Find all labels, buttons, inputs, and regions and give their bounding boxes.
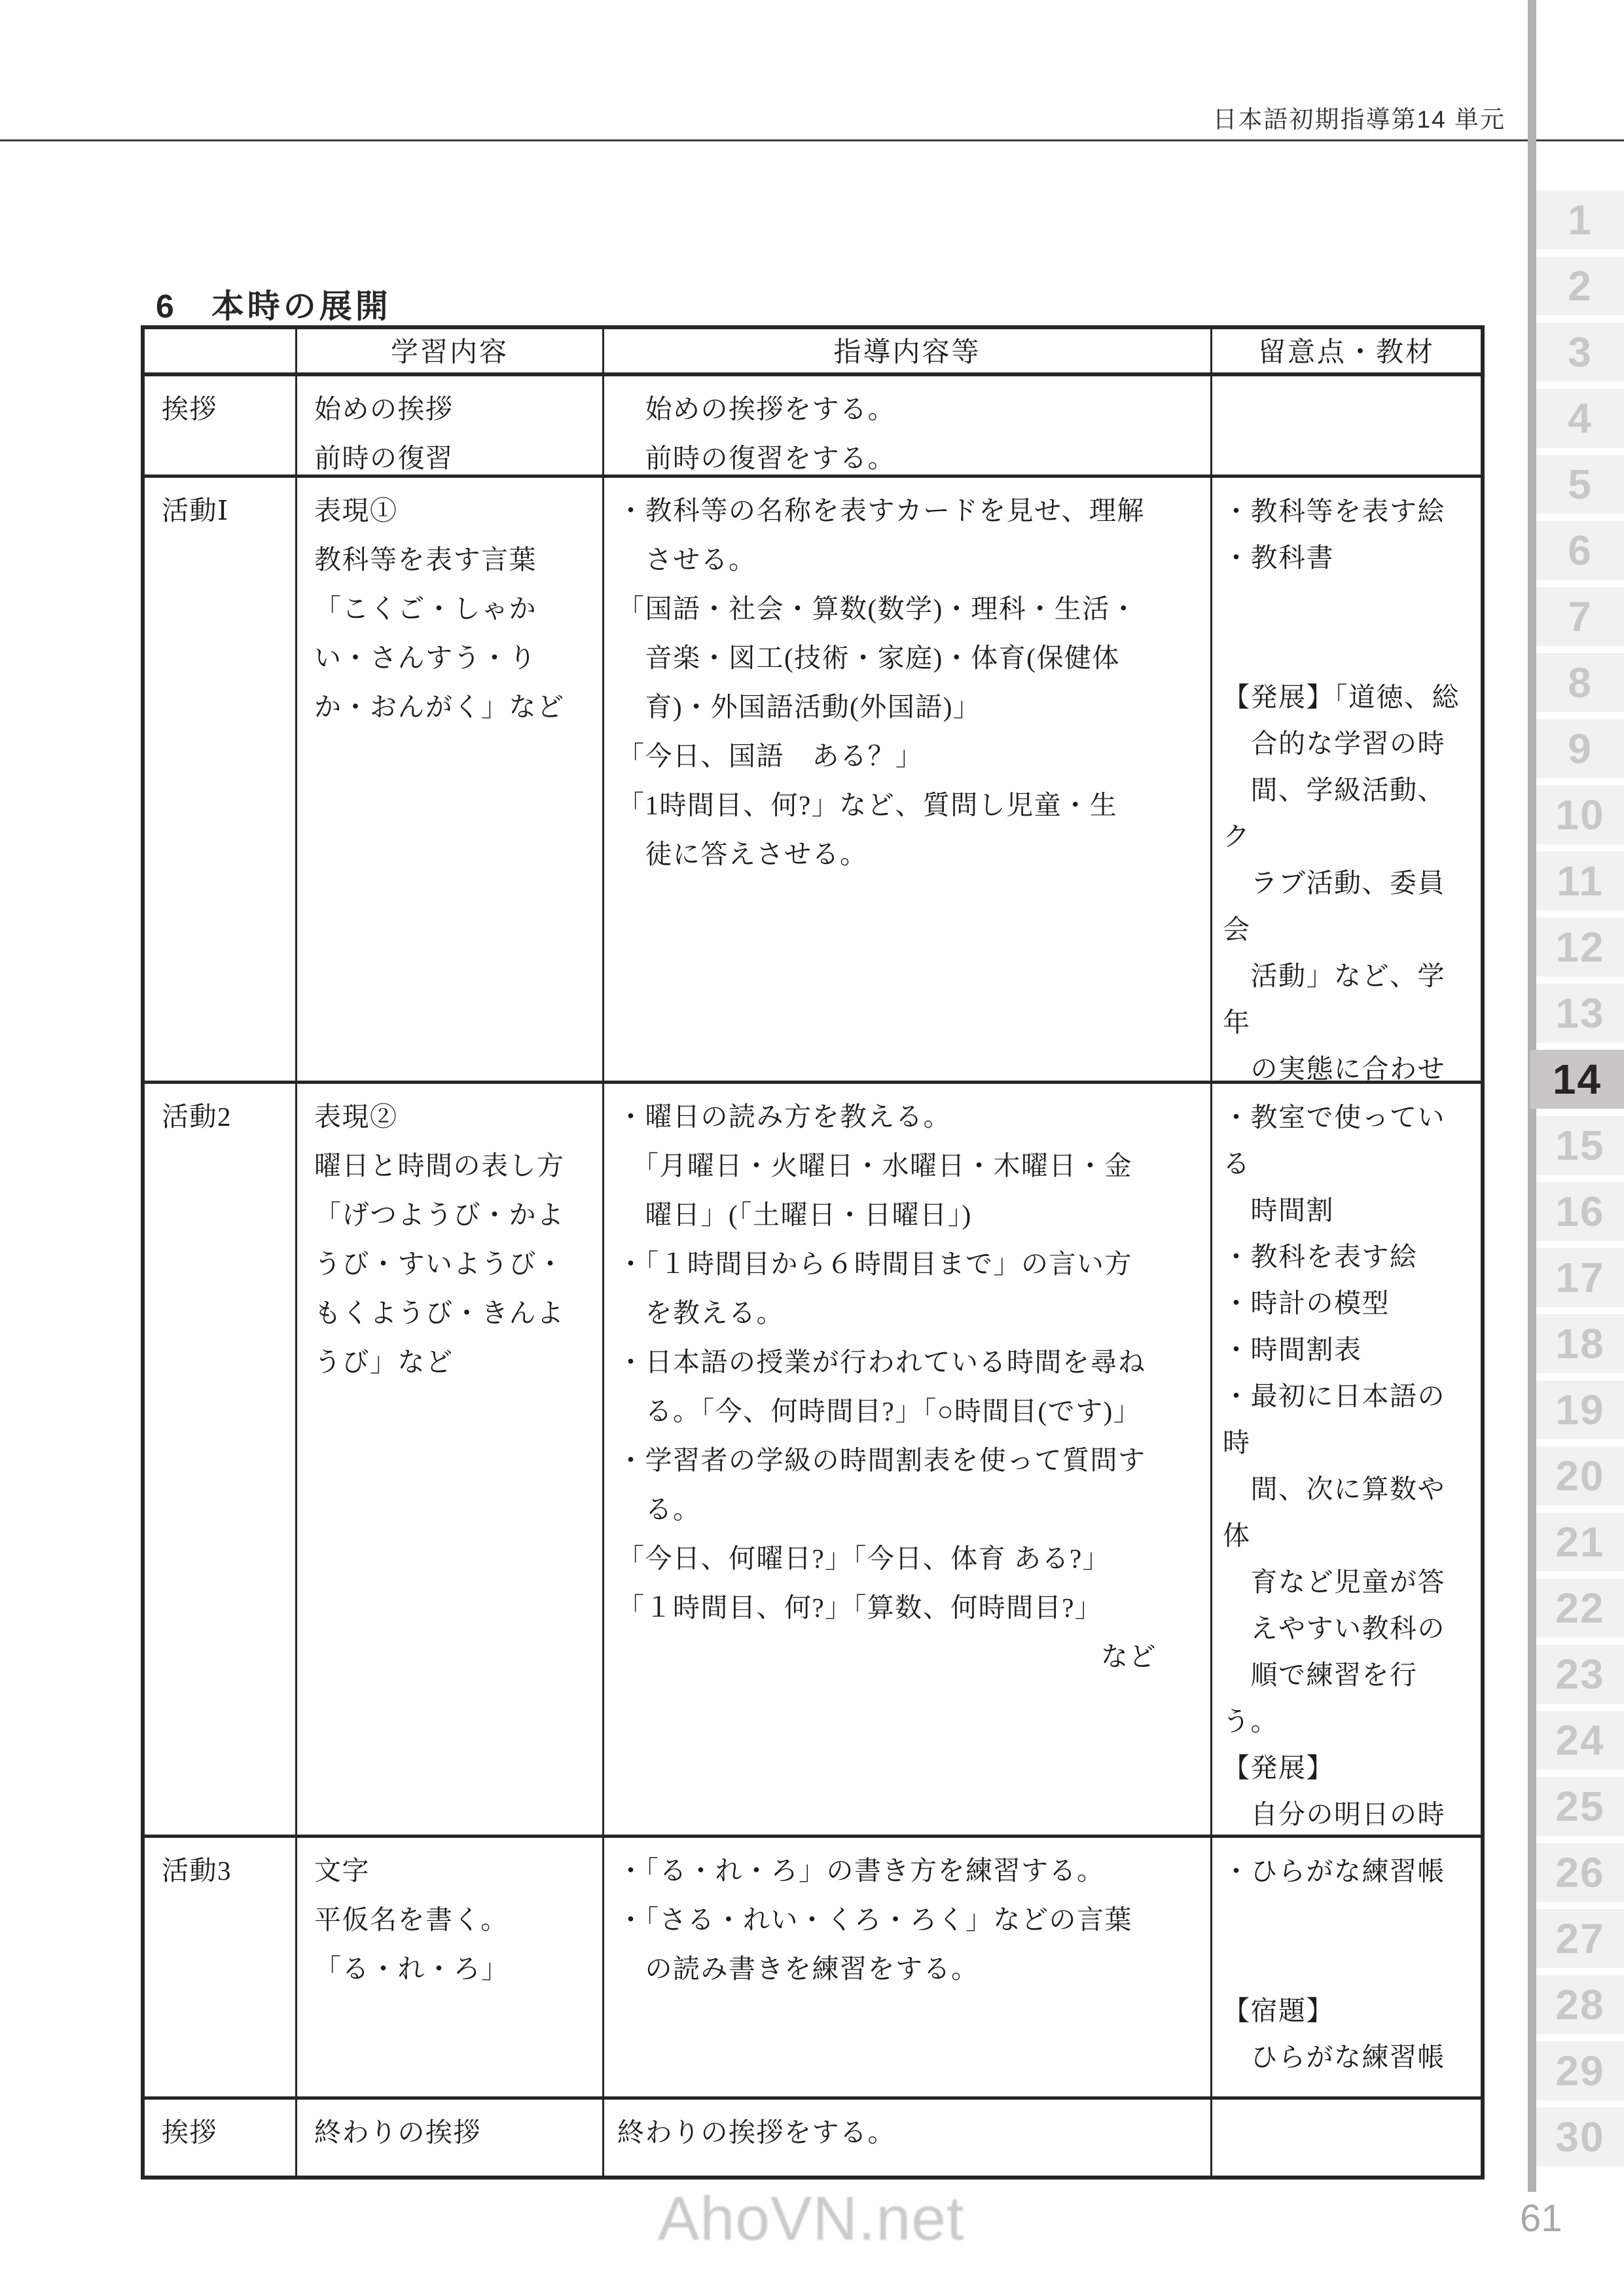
unit-tab: 26 (1536, 1843, 1624, 1902)
row-label: 挨拶 (145, 376, 297, 478)
unit-tab: 2 (1536, 257, 1624, 315)
unit-tab: 6 (1536, 521, 1624, 580)
unit-tab: 8 (1536, 653, 1624, 712)
section-title-text: 本時の展開 (211, 288, 391, 325)
unit-tab: 7 (1536, 587, 1624, 646)
row-label: 活動3 (145, 1838, 297, 2100)
page-number: 61 (1520, 2197, 1562, 2240)
study-content-cell: 始めの挨拶 前時の復習 (297, 376, 604, 478)
unit-tab: 5 (1536, 455, 1624, 514)
notes-cell (1212, 376, 1481, 478)
unit-tab: 16 (1536, 1182, 1624, 1241)
unit-tab: 9 (1536, 719, 1624, 778)
unit-tab: 10 (1536, 785, 1624, 844)
page-title: 6本時の展開 (156, 280, 391, 327)
guidance-cell: 終わりの挨拶をする。 (604, 2100, 1212, 2176)
column-header-blank (145, 329, 297, 376)
lesson-plan-table: 学習内容 指導内容等 留意点・教材 挨拶 始めの挨拶 前時の復習 始めの挨拶をす… (141, 325, 1485, 2179)
study-content-cell: 表現② 曜日と時間の表し方 「げつようび・かよ うび・すいようび・ もくようび・… (297, 1084, 604, 1838)
notes-cell (1212, 2100, 1481, 2176)
unit-tab: 4 (1536, 389, 1624, 448)
unit-tab: 23 (1536, 1645, 1624, 1704)
watermark: AhoVN.net (658, 2183, 964, 2255)
study-content-cell: 終わりの挨拶 (297, 2100, 604, 2176)
section-number: 6 (156, 288, 177, 325)
guidance-lines: ・曜日の読み方を教える。 「月曜日・火曜日・水曜日・木曜日・金 曜日」(「土曜日… (617, 1102, 1146, 1623)
unit-tab: 15 (1536, 1116, 1624, 1175)
unit-tab: 11 (1536, 852, 1624, 910)
unit-tab-index: 1 2 3 4 5 6 7 8 9 10 11 12 13 14 15 16 1… (1536, 190, 1624, 2174)
unit-tab: 12 (1536, 918, 1624, 977)
notes-cell: ・教室で使っている 時間割 ・教科を表す絵 ・時計の模型 ・時間割表 ・最初に日… (1212, 1084, 1481, 1838)
guidance-tail: など (617, 1632, 1199, 1681)
unit-tab: 1 (1536, 190, 1624, 249)
row-label: 活動2 (145, 1084, 297, 1838)
unit-tab: 25 (1536, 1777, 1624, 1836)
unit-tab: 28 (1536, 1975, 1624, 2034)
unit-tab: 20 (1536, 1446, 1624, 1505)
unit-tab: 30 (1536, 2108, 1624, 2166)
column-header-notes: 留意点・教材 (1212, 329, 1481, 376)
unit-tab: 13 (1536, 984, 1624, 1043)
unit-tab: 22 (1536, 1579, 1624, 1638)
row-label: 活動Ⅰ (145, 478, 297, 1084)
row-label: 挨拶 (145, 2100, 297, 2176)
unit-tab: 24 (1536, 1711, 1624, 1770)
running-header: 日本語初期指導第14 単元 (1213, 99, 1506, 135)
unit-tab: 29 (1536, 2041, 1624, 2100)
study-content-cell: 文字 平仮名を書く。 「る・れ・ろ」 (297, 1838, 604, 2100)
study-content-cell: 表現① 教科等を表す言葉 「こくご・しゃか い・さんすう・り か・おんがく」など (297, 478, 604, 1084)
notes-cell: ・教科等を表す絵 ・教科書 【発展】「道徳、総 合的な学習の時 間、学級活動、ク… (1212, 478, 1481, 1084)
document-page: 日本語初期指導第14 単元 6本時の展開 学習内容 指導内容等 留意点・教材 挨… (0, 0, 1624, 2296)
column-header-study: 学習内容 (297, 329, 604, 376)
unit-tab: 19 (1536, 1380, 1624, 1439)
unit-tab: 3 (1536, 323, 1624, 382)
column-header-guidance: 指導内容等 (604, 329, 1212, 376)
unit-tab: 21 (1536, 1513, 1624, 1571)
unit-tab: 27 (1536, 1909, 1624, 1968)
guidance-cell: ・曜日の読み方を教える。 「月曜日・火曜日・水曜日・木曜日・金 曜日」(「土曜日… (604, 1084, 1212, 1838)
unit-tab: 18 (1536, 1314, 1624, 1373)
header-rule (0, 139, 1624, 141)
unit-tab: 17 (1536, 1248, 1624, 1307)
unit-tab: 14 (1530, 1050, 1624, 1109)
notes-cell: ・ひらがな練習帳 【宿題】 ひらがな練習帳 (1212, 1838, 1481, 2100)
guidance-cell: ・教科等の名称を表すカードを見せ、理解 させる。 「国語・社会・算数(数学)・理… (604, 478, 1212, 1084)
guidance-cell: ・「る・れ・ろ」の書き方を練習する。 ・「さる・れい・くろ・ろく」などの言葉 の… (604, 1838, 1212, 2100)
guidance-cell: 始めの挨拶をする。 前時の復習をする。 (604, 376, 1212, 478)
